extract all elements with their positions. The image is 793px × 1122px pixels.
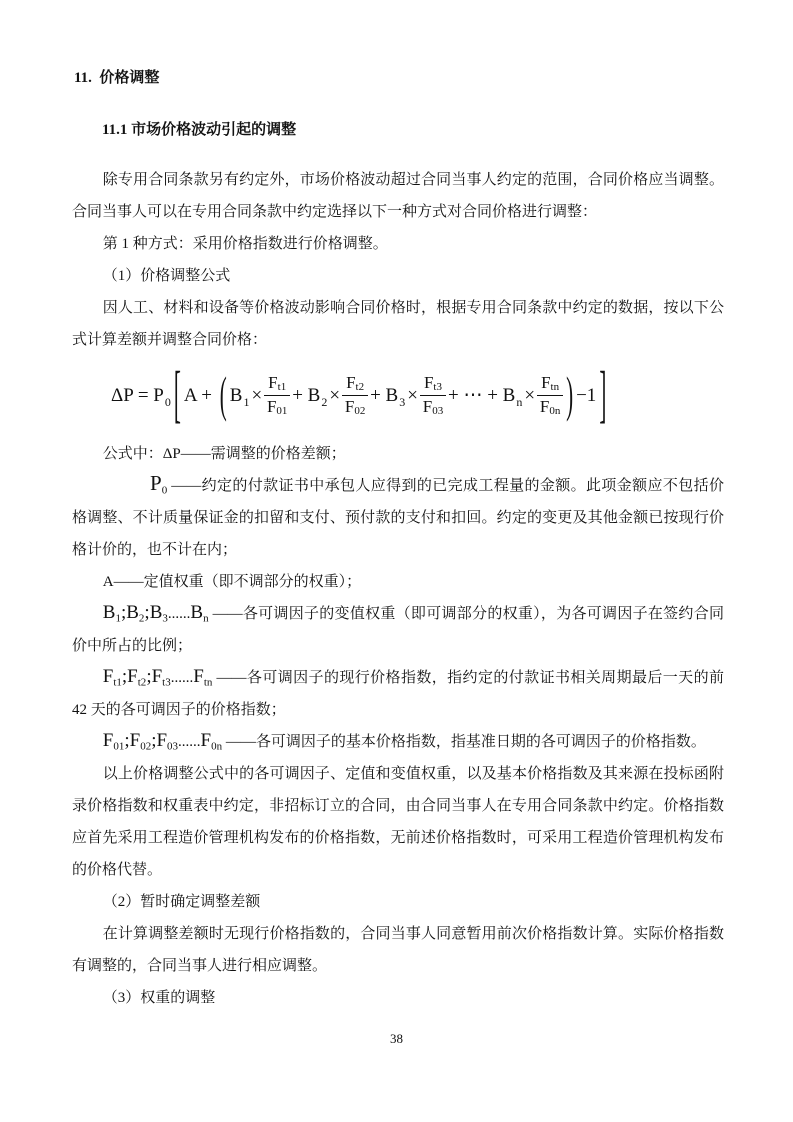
subsection-heading: 11.1 市场价格波动引起的调整 (72, 114, 724, 146)
paragraph-temporary-adjust: 在计算调整差额时无现行价格指数的，合同当事人同意暂用前次价格指数计算。实际价格指… (72, 918, 724, 982)
document-content: 11. 价格调整 11.1 市场价格波动引起的调整 除专用合同条款另有约定外，市… (0, 0, 793, 1014)
paragraph-intro: 除专用合同条款另有约定外，市场价格波动超过合同当事人约定的范围，合同价格应当调整… (72, 164, 724, 228)
page-number: 38 (0, 1031, 793, 1047)
paragraph-ft-definition: Ft1;Ft2;Ft3......Ftn ——各可调因子的现行价格指数，指约定的… (72, 662, 724, 726)
paragraph-p0-definition: P0 ——约定的付款证书中承包人应得到的已完成工程量的金额。此项金额应不包括价格… (72, 470, 724, 566)
document-page: 11. 价格调整 11.1 市场价格波动引起的调整 除专用合同条款另有约定外，市… (0, 0, 793, 1122)
paragraph-f0-definition: F01;F02;F03......F0n ——各可调因子的基本价格指数，指基准日… (72, 726, 724, 758)
paragraph-a-definition: A——定值权重（即不调部分的权重）； (72, 566, 724, 598)
section-heading: 11. 价格调整 (74, 62, 724, 94)
paragraph-method-1: 第 1 种方式：采用价格指数进行价格调整。 (72, 228, 724, 260)
paragraph-delta-p-definition: 公式中：ΔP——需调整的价格差额； (72, 438, 724, 470)
paragraph-item-3: （3）权重的调整 (72, 982, 724, 1014)
paragraph-item-1: （1）价格调整公式 (72, 260, 724, 292)
price-adjustment-formula: ΔP = P0[A + (B1×Ft1F01+ B2×Ft2F02+ B3×Ft… (72, 360, 724, 430)
paragraph-index-source: 以上价格调整公式中的各可调因子、定值和变值权重，以及基本价格指数及其来源在投标函… (72, 758, 724, 886)
paragraph-b-definition: B1;B2;B3......Bn ——各可调因子的变值权重（即可调部分的权重），… (72, 598, 724, 662)
paragraph-item-2: （2）暂时确定调整差额 (72, 886, 724, 918)
paragraph-formula-intro: 因人工、材料和设备等价格波动影响合同价格时，根据专用合同条款中约定的数据，按以下… (72, 292, 724, 356)
